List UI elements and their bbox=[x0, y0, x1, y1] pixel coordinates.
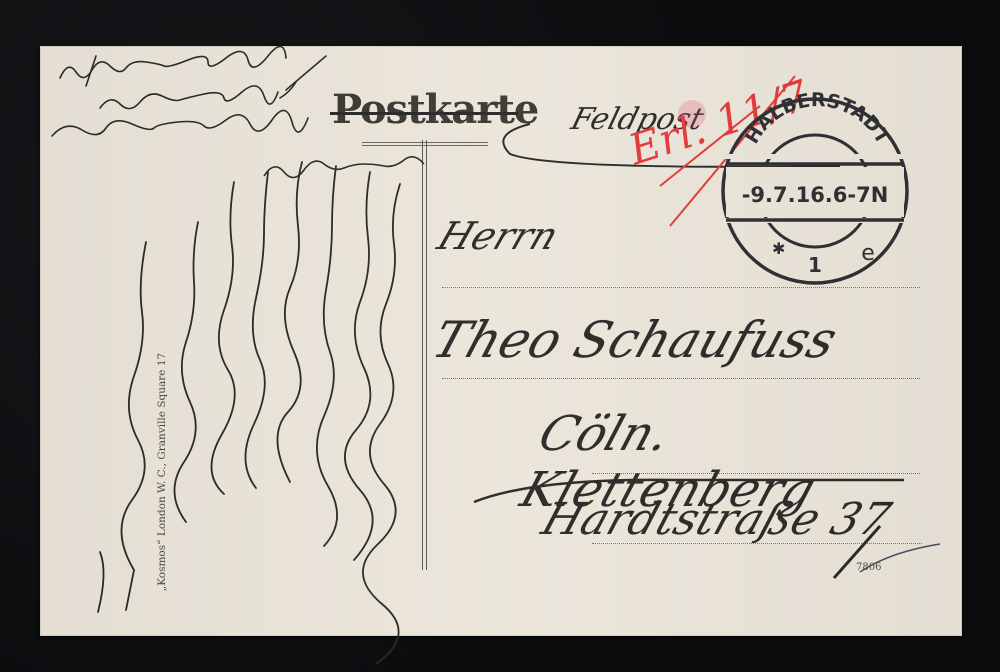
message-intro-strokes bbox=[260, 156, 440, 186]
address-name: Theo Schaufuss bbox=[426, 311, 844, 369]
postmark-star-icon: ✱ bbox=[772, 239, 785, 258]
postmark-city: HALBERSTADT bbox=[741, 89, 894, 148]
address-salutation: Herrn bbox=[432, 214, 564, 258]
street-flourish bbox=[820, 516, 940, 596]
message-handwriting-vertical bbox=[80, 142, 425, 628]
svg-text:HALBERSTADT: HALBERSTADT bbox=[741, 89, 894, 148]
postcard: Landsturm Kathr. Hochachtend Ihr Karl Ha… bbox=[40, 46, 962, 636]
postmark-letter: e bbox=[861, 241, 875, 266]
catalog-number: 7806 bbox=[856, 562, 881, 573]
title-strikethrough bbox=[330, 112, 518, 115]
address-line-2 bbox=[442, 378, 920, 379]
postmark-date: -9.7.16.6-7N bbox=[742, 183, 889, 207]
postmark-number: 1 bbox=[808, 253, 822, 277]
address-line-1 bbox=[442, 287, 920, 288]
halberstadt-postmark: HALBERSTADT -9.7.16.6-7N 1 e ✱ bbox=[720, 96, 910, 286]
